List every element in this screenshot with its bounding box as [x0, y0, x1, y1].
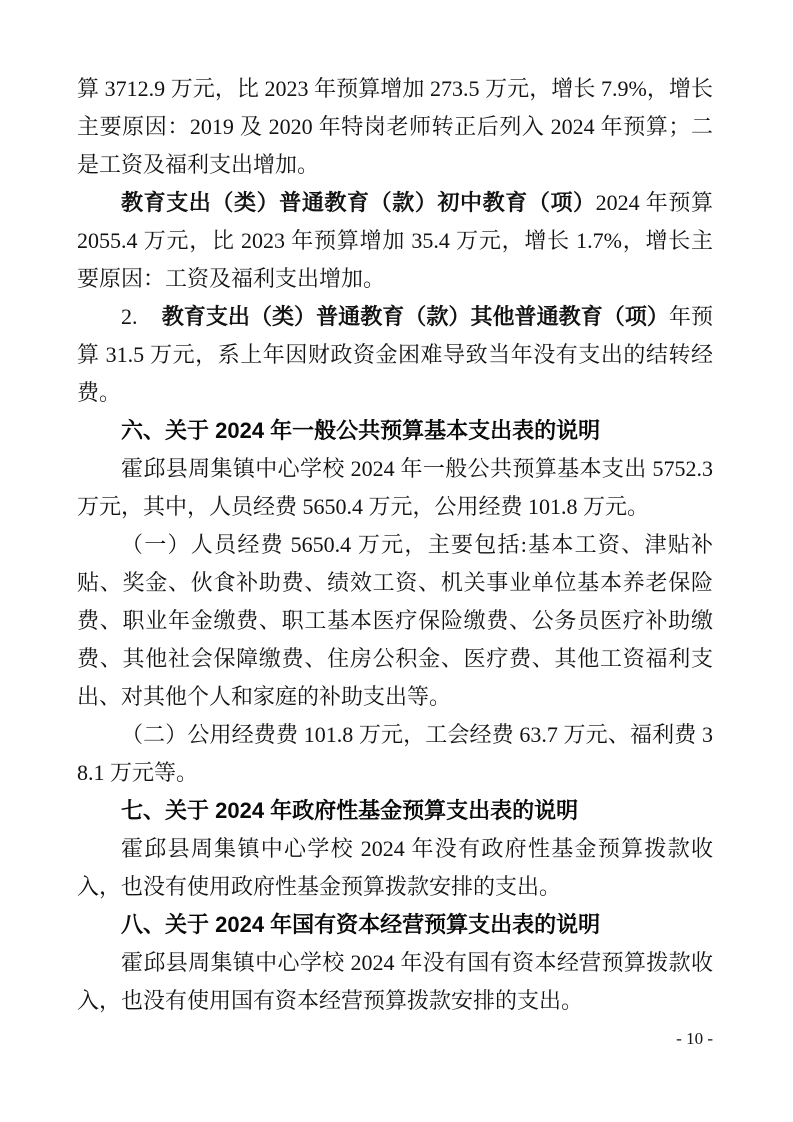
- paragraph-junior-high-education: 教育支出（类）普通教育（款）初中教育（项）2024 年预算 2055.4 万元，…: [77, 184, 713, 298]
- paragraph-government-fund-statement: 霍邱县周集镇中心学校 2024 年没有政府性基金预算拨款收入，也没有使用政府性基…: [77, 830, 713, 906]
- section-heading-six-basic-expenditure: 六、关于 2024 年一般公共预算基本支出表的说明: [77, 412, 713, 450]
- paragraph-public-funds-detail: （二）公用经费费 101.8 万元，工会经费 63.7 万元、福利费 38.1 …: [77, 716, 713, 792]
- paragraph-basic-expenditure-total: 霍邱县周集镇中心学校 2024 年一般公共预算基本支出 5752.3 万元，其中…: [77, 450, 713, 526]
- section-heading-eight-state-capital: 八、关于 2024 年国有资本经营预算支出表的说明: [77, 906, 713, 944]
- budget-category-label: 教育支出（类）普通教育（款）其他普通教育（项）: [162, 304, 669, 329]
- document-page: { "doc": { "p1_continuation": "算 3712.9 …: [0, 0, 793, 1122]
- paragraph-primary-education-continuation: 算 3712.9 万元，比 2023 年预算增加 273.5 万元，增长 7.9…: [77, 70, 713, 184]
- paragraph-other-general-education: 2.教育支出（类）普通教育（款）其他普通教育（项）年预算 31.5 万元，系上年…: [77, 298, 713, 412]
- list-number: 2.: [121, 304, 138, 329]
- page-number: - 10 -: [676, 1029, 713, 1049]
- paragraph-state-capital-statement: 霍邱县周集镇中心学校 2024 年没有国有资本经营预算拨款收入，也没有使用国有资…: [77, 944, 713, 1020]
- paragraph-personnel-funds-detail: （一）人员经费 5650.4 万元，主要包括:基本工资、津贴补贴、奖金、伙食补助…: [77, 526, 713, 716]
- document-text-block: 算 3712.9 万元，比 2023 年预算增加 273.5 万元，增长 7.9…: [77, 70, 713, 1020]
- budget-category-label: 教育支出（类）普通教育（款）初中教育（项）: [121, 190, 596, 215]
- section-heading-seven-government-fund: 七、关于 2024 年政府性基金预算支出表的说明: [77, 792, 713, 830]
